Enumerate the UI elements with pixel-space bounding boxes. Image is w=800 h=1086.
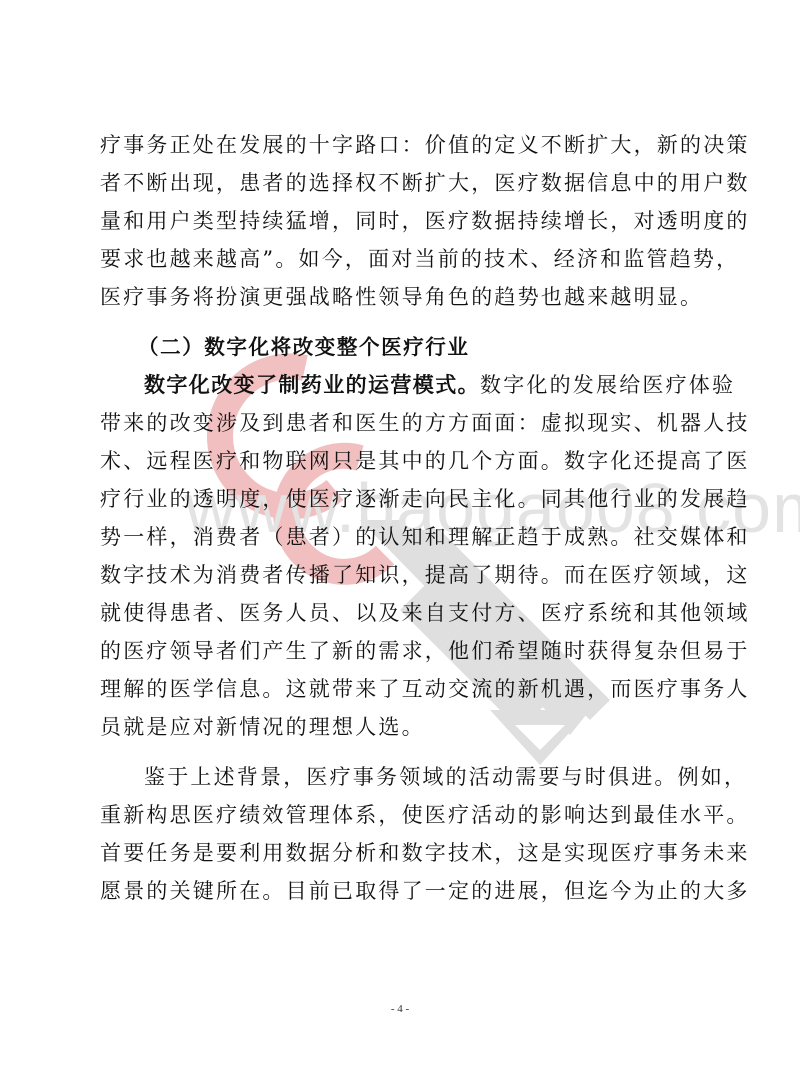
text-line: 重新构思医疗绩效管理体系，使医疗活动的影响达到最佳水平。 (100, 796, 704, 834)
text-line: 的医疗领导者们产生了新的需求，他们希望随时获得复杂但易于 (100, 632, 704, 670)
text-line: 数字技术为消费者传播了知识，提高了期待。而在医疗领域，这 (100, 556, 704, 594)
text-line: 者不断出现，患者的选择权不断扩大，医疗数据信息中的用户数 (100, 164, 704, 202)
document-body: 疗事务正处在发展的十字路口：价值的定义不断扩大，新的决策 者不断出现，患者的选择… (100, 126, 704, 910)
page-number: - 4 - (0, 1003, 800, 1015)
bold-lead-sentence: 数字化改变了制药业的运营模式。 (144, 373, 480, 397)
text-line: 愿景的关键所在。目前已取得了一定的进展，但迄今为止的大多 (100, 872, 704, 910)
text-line: 疗行业的透明度，使医疗逐渐走向民主化。同其他行业的发展趋 (100, 480, 704, 518)
text-line: 要求也越来越高”。如今，面对当前的技术、经济和监管趋势， (100, 240, 704, 278)
text-line: 首要任务是要利用数据分析和数字技术，这是实现医疗事务未来 (100, 834, 704, 872)
text-line: 医疗事务将扮演更强战略性领导角色的趋势也越来越明显。 (100, 278, 704, 316)
text-line: 带来的改变涉及到患者和医生的方方面面：虚拟现实、机器人技 (100, 404, 704, 442)
text-line: 理解的医学信息。这就带来了互动交流的新机遇，而医疗事务人 (100, 670, 704, 708)
text-line: 就使得患者、医务人员、以及来自支付方、医疗系统和其他领域 (100, 594, 704, 632)
paragraph-gap (100, 746, 704, 758)
text-line: 疗事务正处在发展的十字路口：价值的定义不断扩大，新的决策 (100, 126, 704, 164)
text-line: 鉴于上述背景，医疗事务领域的活动需要与时俱进。例如， (100, 758, 704, 796)
text-run: 数字化的发展给医疗体验 (480, 373, 735, 397)
text-line: 员就是应对新情况的理想人选。 (100, 708, 704, 746)
document-page: www.baogao08.com 疗事务正处在发展的十字路口：价值的定义不断扩大… (0, 0, 800, 1086)
paragraph-1: 疗事务正处在发展的十字路口：价值的定义不断扩大，新的决策 者不断出现，患者的选择… (100, 126, 704, 316)
text-line: 量和用户类型持续猛增，同时，医疗数据持续增长，对透明度的 (100, 202, 704, 240)
paragraph-3: 鉴于上述背景，医疗事务领域的活动需要与时俱进。例如， 重新构思医疗绩效管理体系，… (100, 758, 704, 910)
text-line: 势一样，消费者（患者）的认知和理解正趋于成熟。社交媒体和 (100, 518, 704, 556)
section-heading: （二）数字化将改变整个医疗行业 (100, 328, 704, 366)
paragraph-2: 数字化改变了制药业的运营模式。数字化的发展给医疗体验 带来的改变涉及到患者和医生… (100, 366, 704, 746)
text-line: 术、远程医疗和物联网只是其中的几个方面。数字化还提高了医 (100, 442, 704, 480)
text-line: 数字化改变了制药业的运营模式。数字化的发展给医疗体验 (100, 366, 704, 404)
